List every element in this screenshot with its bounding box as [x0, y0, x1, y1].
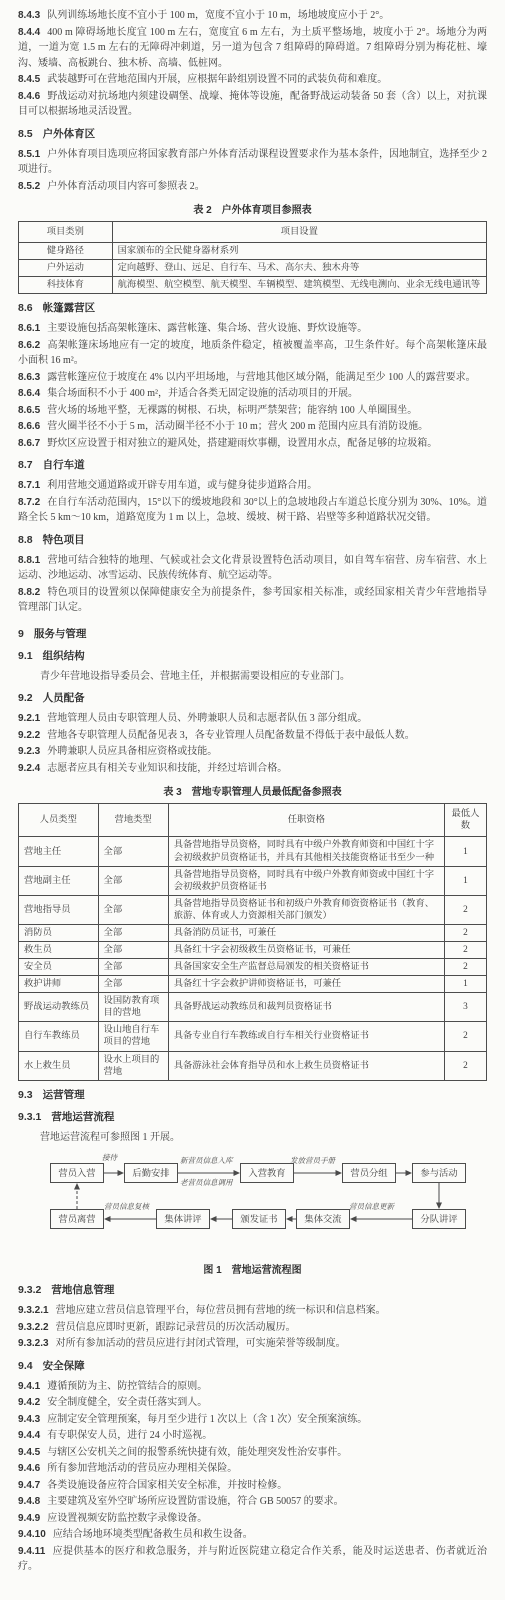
clause-number: 9.3.2.3	[18, 1338, 49, 1349]
clause-text: 主要设施包括高架帐篷床、露营帐篷、集合场、营火设施、野炊设施等。	[47, 323, 367, 334]
table-cell-camp-type: 设国防教育项目的营地	[98, 993, 168, 1022]
heading-number: 8.8	[18, 534, 33, 546]
table-cell-qualification: 具备营地指导员资格，同时具有中级户外教育师资和中国红十字会初级救护员资格证书，并…	[168, 837, 444, 866]
clause-number: 9.4.5	[18, 1447, 40, 1458]
clause-number: 8.8.1	[18, 555, 40, 566]
clause-text: 应提供基本的医疗和救急服务，并与附近医院建立稳定合作关系，能及时运送患者、伤者就…	[18, 1546, 487, 1573]
section-8-6-clauses: 8.6.1主要设施包括高架帐篷床、露营帐篷、集合场、营火设施、野炊设施等。 8.…	[18, 321, 487, 451]
table-cell-min-count: 2	[444, 1051, 486, 1080]
clause-text: 营地可结合独特的地理、气候或社会文化背景设置特色活动项目，如自驾车宿营、房车宿营…	[18, 555, 487, 582]
table-cell-min-count: 2	[444, 959, 486, 976]
clause: 8.8.2特色项目的设置须以保障健康安全为前提条件，参考国家相关标准，或经国家相…	[18, 585, 487, 616]
flow-node-certificate: 颁发证书	[232, 1209, 286, 1229]
flow-node-camper-entry: 营员入营	[50, 1163, 104, 1183]
table-cell-personnel-type: 营地主任	[19, 837, 99, 866]
clause: 8.5.1户外体育项目选项应将国家教育部户外体育活动课程设置要求作为基本条件，因…	[18, 147, 487, 178]
heading-9-2: 9.2人员配备	[18, 691, 487, 706]
section-9-3-2-clauses: 9.3.2.1营地应建立营员信息管理平台，每位营员拥有营地的统一标识和信息档案。…	[18, 1303, 487, 1352]
clause: 8.7.1利用营地交通道路或开辟专用车道，或与健身徒步道路合用。	[18, 478, 487, 494]
table-2: 项目类别 项目设置 健身路径 国家颁布的全民健身器材系列 户外运动 定向越野、登…	[18, 221, 487, 294]
clause: 9.4.7各类设施设备应符合国家相关安全标准，并按时检修。	[18, 1478, 487, 1494]
clause-text: 野炊区应设置于相对独立的避风处，搭建避雨炊事棚，设置用水点，配备足够的垃圾箱。	[47, 438, 437, 449]
clause: 8.6.3露营帐篷应位于坡度在 4% 以内平坦场地，与营地其他区域分隔，能满足至…	[18, 370, 487, 386]
heading-9-3-1: 9.3.1营地运营流程	[18, 1110, 487, 1125]
clause-text: 特色项目的设置须以保障健康安全为前提条件，参考国家相关标准，或经国家相关青少年营…	[18, 587, 487, 614]
flow-edge-label-info-update: 营员信息更新	[349, 1201, 394, 1212]
section-9-2-clauses: 9.2.1营地管理人员由专职管理人员、外聘兼职人员和志愿者队伍 3 部分组成。 …	[18, 711, 487, 776]
table-cell-personnel-type: 消防员	[19, 924, 99, 941]
table-row: 野战运动教练员 设国防教育项目的营地 具备野战运动教练员和裁判员资格证书 3	[19, 993, 487, 1022]
table-cell-qualification: 具备国家安全生产监督总局颁发的相关资格证书	[168, 959, 444, 976]
table-2-header-row: 项目类别 项目设置	[19, 222, 487, 243]
flow-edge-label-handbook: 发放营员手册	[290, 1155, 335, 1166]
table-cell-content: 航海模型、航空模型、航天模型、车辆模型、建筑模型、无线电测向、业余无线电通讯等	[112, 277, 486, 294]
table-cell-personnel-type: 自行车教练员	[19, 1022, 99, 1051]
clause: 9.4.2安全制度健全，安全责任落实到人。	[18, 1395, 487, 1411]
table-2-caption: 表 2 户外体育项目参照表	[18, 201, 487, 216]
clause-text: 集合场面积不小于 400 m²，并适合各类无固定设施的活动项目的开展。	[47, 388, 358, 399]
clause-text: 营火场的场地平整，无裸露的树根、石块，标明严禁架营；能容纳 100 人单圈围坐。	[47, 405, 417, 416]
flow-node-camper-leave: 营员离营	[50, 1209, 104, 1229]
clause-number: 8.6.6	[18, 421, 40, 432]
heading-number: 9.2	[18, 692, 33, 704]
table-cell-camp-type: 全部	[98, 942, 168, 959]
clause: 8.4.3队列训练场地长度不宜小于 100 m，宽度不宜小于 10 m，场地坡度…	[18, 8, 487, 24]
clause-number: 9.4.6	[18, 1463, 40, 1474]
table-row: 营地副主任 全部 具备营地指导员资格，同时具有中级户外教育师资或中国红十字会初级…	[19, 866, 487, 895]
table-cell-qualification: 具备营地指导员资格，同时具有中级户外教育师资或中国红十字会初级救护员资格证书	[168, 866, 444, 895]
clause-number: 9.4.1	[18, 1381, 40, 1392]
table-3-header-cell: 最低人数	[444, 804, 486, 837]
clause-number: 8.4.6	[18, 91, 40, 102]
table-row: 水上救生员 设水上项目的营地 具备游泳社会体育指导员和水上救生员资格证书 2	[19, 1051, 487, 1080]
table-row: 救护讲师 全部 具备红十字会救护讲师资格证书，可兼任 1	[19, 976, 487, 993]
clause-text: 外聘兼职人员应具备相应资格或技能。	[47, 746, 217, 757]
clause-text: 应设置视频安防监控数字录像设备。	[47, 1513, 207, 1524]
table-3-caption: 表 3 营地专职管理人员最低配备参照表	[18, 783, 487, 798]
table-cell-camp-type: 全部	[98, 976, 168, 993]
clause-text: 有专职保安人员，进行 24 小时巡视。	[47, 1430, 212, 1441]
clause-text: 在自行车活动范围内，15°以下的缓坡地段和 30°以上的急坡地段占车道总长度分别…	[18, 497, 487, 524]
clause-text: 对所有参加活动的营员应进行封闭式管理，可实施荣誉等级制度。	[56, 1338, 346, 1349]
clause-text: 400 m 障碍场地长度宜 100 m 左右，宽度宜 6 m 左右，为土质平整场…	[18, 27, 487, 69]
heading-number: 8.5	[18, 128, 33, 140]
table-row: 营地主任 全部 具备营地指导员资格，同时具有中级户外教育师资和中国红十字会初级救…	[19, 837, 487, 866]
clause: 9.4.8主要建筑及室外空旷场所应设置防雷设施，符合 GB 50057 的要求。	[18, 1494, 487, 1510]
clause: 8.8.1营地可结合独特的地理、气候或社会文化背景设置特色活动项目，如自驾车宿营…	[18, 553, 487, 584]
clause-number: 8.6.7	[18, 438, 40, 449]
heading-8-7: 8.7自行车道	[18, 458, 487, 473]
clause: 9.4.11应提供基本的医疗和救急服务，并与附近医院建立稳定合作关系，能及时运送…	[18, 1544, 487, 1575]
table-cell-min-count: 2	[444, 924, 486, 941]
table-cell-personnel-type: 救生员	[19, 942, 99, 959]
table-cell-min-count: 2	[444, 895, 486, 924]
heading-8-6: 8.6帐篷露营区	[18, 301, 487, 316]
heading-title: 人员配备	[43, 692, 85, 704]
clause-text: 与辖区公安机关之间的报警系统快捷有效，能处理突发性治安事件。	[47, 1447, 347, 1458]
table-2-header-cell: 项目设置	[112, 222, 486, 243]
table-cell-qualification: 具备游泳社会体育指导员和水上救生员资格证书	[168, 1051, 444, 1080]
clause-number: 9.4.11	[18, 1546, 45, 1557]
table-3: 人员类型 营地类型 任职资格 最低人数 营地主任 全部 具备营地指导员资格，同时…	[18, 803, 487, 1080]
clause-text: 应结合场地环境类型配备救生员和救生设备。	[53, 1529, 253, 1540]
heading-8-8: 8.8特色项目	[18, 533, 487, 548]
clause-number: 8.6.3	[18, 372, 40, 383]
table-cell-qualification: 具备营地指导员资格证书和初级户外教育师资资格证书（教育、旅游、体育或人力资源相关…	[168, 895, 444, 924]
heading-number: 9.1	[18, 650, 33, 662]
table-cell-qualification: 具备消防员证书，可兼任	[168, 924, 444, 941]
table-cell-content: 国家颁布的全民健身器材系列	[112, 243, 486, 260]
clause: 9.4.9应设置视频安防监控数字录像设备。	[18, 1511, 487, 1527]
clause-number: 8.8.2	[18, 587, 40, 598]
table-cell-personnel-type: 野战运动教练员	[19, 993, 99, 1022]
table-3-header-row: 人员类型 营地类型 任职资格 最低人数	[19, 804, 487, 837]
flow-node-exchange: 集体交流	[296, 1209, 350, 1229]
table-cell-min-count: 2	[444, 1022, 486, 1051]
table-row: 安全员 全部 具备国家安全生产监督总局颁发的相关资格证书 2	[19, 959, 487, 976]
table-cell-qualification: 具备红十字会初级救生员资格证书，可兼任	[168, 942, 444, 959]
clause: 9.2.3外聘兼职人员应具备相应资格或技能。	[18, 744, 487, 760]
clause-number: 9.3.2.1	[18, 1305, 49, 1316]
table-cell-camp-type: 全部	[98, 837, 168, 866]
clause: 9.3.2.2营员信息应即时更新，跟踪记录营员的历次活动履历。	[18, 1320, 487, 1336]
section-9-3-1-body: 营地运营流程可参照图 1 开展。	[18, 1130, 487, 1146]
clause: 8.6.1主要设施包括高架帐篷床、露营帐篷、集合场、营火设施、野炊设施等。	[18, 321, 487, 337]
table-row: 救生员 全部 具备红十字会初级救生员资格证书，可兼任 2	[19, 942, 487, 959]
flow-node-camp-education: 入营教育	[240, 1163, 294, 1183]
flow-edge-label-old-info: 老营员信息调用	[180, 1177, 233, 1188]
table-cell-camp-type: 设山地自行车项目的营地	[98, 1022, 168, 1051]
clause: 8.4.4400 m 障碍场地长度宜 100 m 左右，宽度宜 6 m 左右，为…	[18, 25, 487, 72]
heading-number: 8.6	[18, 302, 33, 314]
heading-number: 9.3.1	[18, 1111, 41, 1123]
clause-number: 9.4.8	[18, 1496, 40, 1507]
heading-title: 安全保障	[43, 1360, 85, 1372]
clause-text: 营地管理人员由专职管理人员、外聘兼职人员和志愿者队伍 3 部分组成。	[47, 713, 367, 724]
section-9-4-clauses: 9.4.1遵循预防为主、防控管结合的原则。 9.4.2安全制度健全，安全责任落实…	[18, 1379, 487, 1575]
clause: 8.6.4集合场面积不小于 400 m²，并适合各类无固定设施的活动项目的开展。	[18, 386, 487, 402]
clause-text: 户外体育项目选项应将国家教育部户外体育活动课程设置要求作为基本条件，因地制宜，选…	[18, 149, 487, 176]
flow-edge-label-reception: 接待	[102, 1152, 117, 1163]
table-cell-camp-type: 设水上项目的营地	[98, 1051, 168, 1080]
clause: 9.4.1遵循预防为主、防控管结合的原则。	[18, 1379, 487, 1395]
table-row: 营地指导员 全部 具备营地指导员资格证书和初级户外教育师资资格证书（教育、旅游、…	[19, 895, 487, 924]
clause: 8.6.7野炊区应设置于相对独立的避风处，搭建避雨炊事棚，设置用水点，配备足够的…	[18, 436, 487, 452]
clause-text: 野战运动对抗场地内须建设碉堡、战壕、掩体等设施，配备野战运动装备 50 套（含）…	[18, 91, 487, 118]
section-9-1-body: 青少年营地设指导委员会、营地主任，并根据需要设相应的专业部门。	[18, 669, 487, 685]
table-cell-personnel-type: 营地指导员	[19, 895, 99, 924]
table-cell-qualification: 具备专业自行车教练或自行车相关行业资格证书	[168, 1022, 444, 1051]
table-cell-content: 定向越野、登山、远足、自行车、马术、高尔夫、独木舟等	[112, 260, 486, 277]
clause-number: 9.4.4	[18, 1430, 40, 1441]
clause-text: 营地各专职管理人员配备见表 3，各专业管理人员配备数量不得低于表中最低人数。	[47, 730, 415, 741]
section-8-8-clauses: 8.8.1营地可结合独特的地理、气候或社会文化背景设置特色活动项目，如自驾车宿营…	[18, 553, 487, 616]
clause-number: 9.2.4	[18, 763, 40, 774]
figure-1-flowchart: 营员入营 后勤安排 入营教育 营员分组 参与活动 营员离营 集体讲评 颁发证书 …	[44, 1151, 496, 1255]
heading-title: 帐篷露营区	[43, 302, 96, 314]
clause: 8.7.2在自行车活动范围内，15°以下的缓坡地段和 30°以上的急坡地段占车道…	[18, 495, 487, 526]
clause-text: 主要建筑及室外空旷场所应设置防雷设施，符合 GB 50057 的要求。	[47, 1496, 343, 1507]
clause-text: 营地应建立营员信息管理平台，每位营员拥有营地的统一标识和信息档案。	[56, 1305, 386, 1316]
clause-text: 队列训练场地长度不宜小于 100 m，宽度不宜小于 10 m，场地坡度应小于 2…	[47, 10, 389, 21]
clause-number: 9.4.10	[18, 1529, 46, 1540]
clause-text: 露营帐篷应位于坡度在 4% 以内平坦场地，与营地其他区域分隔，能满足至少 100…	[47, 372, 475, 383]
heading-number: 9	[18, 628, 24, 640]
clause-number: 8.7.1	[18, 480, 40, 491]
clause-text: 各类设施设备应符合国家相关安全标准，并按时检修。	[47, 1480, 287, 1491]
clause: 9.4.5与辖区公安机关之间的报警系统快捷有效，能处理突发性治安事件。	[18, 1445, 487, 1461]
clause: 9.4.10应结合场地环境类型配备救生员和救生设备。	[18, 1527, 487, 1543]
clause-text: 志愿者应具有相关专业知识和技能，并经过培训合格。	[47, 763, 287, 774]
heading-title: 营地运营流程	[51, 1111, 114, 1123]
clause-number: 8.6.2	[18, 340, 40, 351]
heading-title: 自行车道	[43, 459, 85, 471]
table-cell-camp-type: 全部	[98, 866, 168, 895]
table-cell-min-count: 2	[444, 942, 486, 959]
clause: 9.4.4有专职保安人员，进行 24 小时巡视。	[18, 1428, 487, 1444]
heading-title: 服务与管理	[34, 628, 87, 640]
table-cell-qualification: 具备红十字会救护讲师资格证书，可兼任	[168, 976, 444, 993]
table-row: 健身路径 国家颁布的全民健身器材系列	[19, 243, 487, 260]
table-row: 科技体育 航海模型、航空模型、航天模型、车辆模型、建筑模型、无线电测向、业余无线…	[19, 277, 487, 294]
clause-text: 营火圈半径不小于 5 m，活动圈半径不小于 10 m；营火 200 m 范围内应…	[47, 421, 428, 432]
table-3-header-cell: 人员类型	[19, 804, 99, 837]
table-cell-camp-type: 全部	[98, 895, 168, 924]
table-cell-min-count: 3	[444, 993, 486, 1022]
section-8-5-clauses: 8.5.1户外体育项目选项应将国家教育部户外体育活动课程设置要求作为基本条件，因…	[18, 147, 487, 195]
table-row: 自行车教练员 设山地自行车项目的营地 具备专业自行车教练或自行车相关行业资格证书…	[19, 1022, 487, 1051]
clause: 9.4.3应制定安全管理预案，每月至少进行 1 次以上（含 1 次）安全预案演练…	[18, 1412, 487, 1428]
clause: 9.2.2营地各专职管理人员配备见表 3，各专业管理人员配备数量不得低于表中最低…	[18, 728, 487, 744]
flow-node-team-review: 分队讲评	[412, 1209, 466, 1229]
clause-text: 所有参加营地活动的营员应办理相关保险。	[47, 1463, 237, 1474]
clause-number: 8.4.3	[18, 10, 40, 21]
clause-text: 安全制度健全，安全责任落实到人。	[47, 1397, 207, 1408]
clause: 8.6.2高架帐篷床场地应有一定的坡度，地质条件稳定，植被覆盖率高，卫生条件好。…	[18, 338, 487, 369]
clause: 8.6.6营火圈半径不小于 5 m，活动圈半径不小于 10 m；营火 200 m…	[18, 419, 487, 435]
table-cell-min-count: 1	[444, 976, 486, 993]
clause-text: 高架帐篷床场地应有一定的坡度，地质条件稳定，植被覆盖率高，卫生条件好。每个高架帐…	[18, 340, 487, 367]
table-row: 户外运动 定向越野、登山、远足、自行车、马术、高尔夫、独木舟等	[19, 260, 487, 277]
clause-number: 9.4.3	[18, 1414, 40, 1425]
flow-node-group-review: 集体讲评	[156, 1209, 210, 1229]
heading-9-1: 9.1组织结构	[18, 649, 487, 664]
heading-number: 9.4	[18, 1360, 33, 1372]
section-8-4-clauses: 8.4.3队列训练场地长度不宜小于 100 m，宽度不宜小于 10 m，场地坡度…	[18, 8, 487, 120]
table-cell-category: 户外运动	[19, 260, 113, 277]
flow-node-logistics: 后勤安排	[124, 1163, 178, 1183]
clause-text: 武装越野可在营地范围内开展，应根据年龄组别设置不同的武装负荷和难度。	[47, 74, 387, 85]
table-cell-personnel-type: 救护讲师	[19, 976, 99, 993]
heading-number: 9.3	[18, 1089, 33, 1101]
clause-text: 应制定安全管理预案，每月至少进行 1 次以上（含 1 次）安全预案演练。	[47, 1414, 367, 1425]
table-cell-min-count: 1	[444, 866, 486, 895]
clause-number: 8.4.4	[18, 27, 40, 38]
heading-9: 9服务与管理	[18, 627, 487, 642]
clause-number: 9.4.9	[18, 1513, 40, 1524]
heading-9-3: 9.3运营管理	[18, 1088, 487, 1103]
clause: 9.3.2.3对所有参加活动的营员应进行封闭式管理，可实施荣誉等级制度。	[18, 1336, 487, 1352]
clause-number: 9.4.7	[18, 1480, 40, 1491]
document-page: 8.4.3队列训练场地长度不宜小于 100 m，宽度不宜小于 10 m，场地坡度…	[0, 0, 505, 1600]
clause-text: 利用营地交通道路或开辟专用车道，或与健身徒步道路合用。	[47, 480, 317, 491]
table-cell-personnel-type: 安全员	[19, 959, 99, 976]
clause: 9.3.2.1营地应建立营员信息管理平台，每位营员拥有营地的统一标识和信息档案。	[18, 1303, 487, 1319]
clause: 8.6.5营火场的场地平整，无裸露的树根、石块，标明严禁架营；能容纳 100 人…	[18, 403, 487, 419]
heading-number: 8.7	[18, 459, 33, 471]
heading-9-4: 9.4安全保障	[18, 1359, 487, 1374]
table-cell-min-count: 1	[444, 837, 486, 866]
clause-number: 9.3.2.2	[18, 1322, 49, 1333]
clause-number: 8.7.2	[18, 497, 40, 508]
clause-number: 9.2.3	[18, 746, 40, 757]
heading-title: 户外体育区	[43, 128, 96, 140]
table-cell-camp-type: 全部	[98, 959, 168, 976]
heading-title: 运营管理	[43, 1089, 85, 1101]
table-cell-personnel-type: 营地副主任	[19, 866, 99, 895]
table-3-header-cell: 任职资格	[168, 804, 444, 837]
clause: 9.2.1营地管理人员由专职管理人员、外聘兼职人员和志愿者队伍 3 部分组成。	[18, 711, 487, 727]
clause-number: 9.4.2	[18, 1397, 40, 1408]
table-2-header-cell: 项目类别	[19, 222, 113, 243]
clause-number: 8.5.1	[18, 149, 40, 160]
clause-text: 遵循预防为主、防控管结合的原则。	[47, 1381, 207, 1392]
clause: 9.4.6所有参加营地活动的营员应办理相关保险。	[18, 1461, 487, 1477]
heading-number: 9.3.2	[18, 1284, 41, 1296]
figure-1-caption: 图 1 营地运营流程图	[18, 1261, 487, 1276]
flow-node-activities: 参与活动	[412, 1163, 466, 1183]
table-cell-camp-type: 全部	[98, 924, 168, 941]
table-3-header-cell: 营地类型	[98, 804, 168, 837]
clause: 9.2.4志愿者应具有相关专业知识和技能，并经过培训合格。	[18, 761, 487, 777]
clause-number: 8.5.2	[18, 181, 40, 192]
section-8-7-clauses: 8.7.1利用营地交通道路或开辟专用车道，或与健身徒步道路合用。 8.7.2在自…	[18, 478, 487, 526]
clause-number: 8.4.5	[18, 74, 40, 85]
flow-node-grouping: 营员分组	[342, 1163, 396, 1183]
clause-number: 8.6.5	[18, 405, 40, 416]
clause-text: 户外体育活动项目内容可参照表 2。	[47, 181, 205, 192]
clause: 8.4.5武装越野可在营地范围内开展，应根据年龄组别设置不同的武装负荷和难度。	[18, 72, 487, 88]
clause-number: 8.6.4	[18, 388, 40, 399]
heading-8-5: 8.5户外体育区	[18, 127, 487, 142]
table-cell-category: 科技体育	[19, 277, 113, 294]
clause-number: 9.2.2	[18, 730, 40, 741]
heading-title: 组织结构	[43, 650, 85, 662]
heading-title: 营地信息管理	[51, 1284, 114, 1296]
clause-number: 9.2.1	[18, 713, 40, 724]
clause: 8.5.2户外体育活动项目内容可参照表 2。	[18, 179, 487, 195]
table-cell-personnel-type: 水上救生员	[19, 1051, 99, 1080]
flow-edge-label-info-check: 营员信息复核	[104, 1201, 149, 1212]
flow-edge-label-new-info: 新营员信息入库	[180, 1155, 233, 1166]
heading-9-3-2: 9.3.2营地信息管理	[18, 1283, 487, 1298]
heading-title: 特色项目	[43, 534, 85, 546]
table-cell-qualification: 具备野战运动教练员和裁判员资格证书	[168, 993, 444, 1022]
clause-number: 8.6.1	[18, 323, 40, 334]
clause: 8.4.6野战运动对抗场地内须建设碉堡、战壕、掩体等设施，配备野战运动装备 50…	[18, 89, 487, 120]
table-row: 消防员 全部 具备消防员证书，可兼任 2	[19, 924, 487, 941]
clause-text: 营员信息应即时更新，跟踪记录营员的历次活动履历。	[56, 1322, 296, 1333]
table-cell-category: 健身路径	[19, 243, 113, 260]
